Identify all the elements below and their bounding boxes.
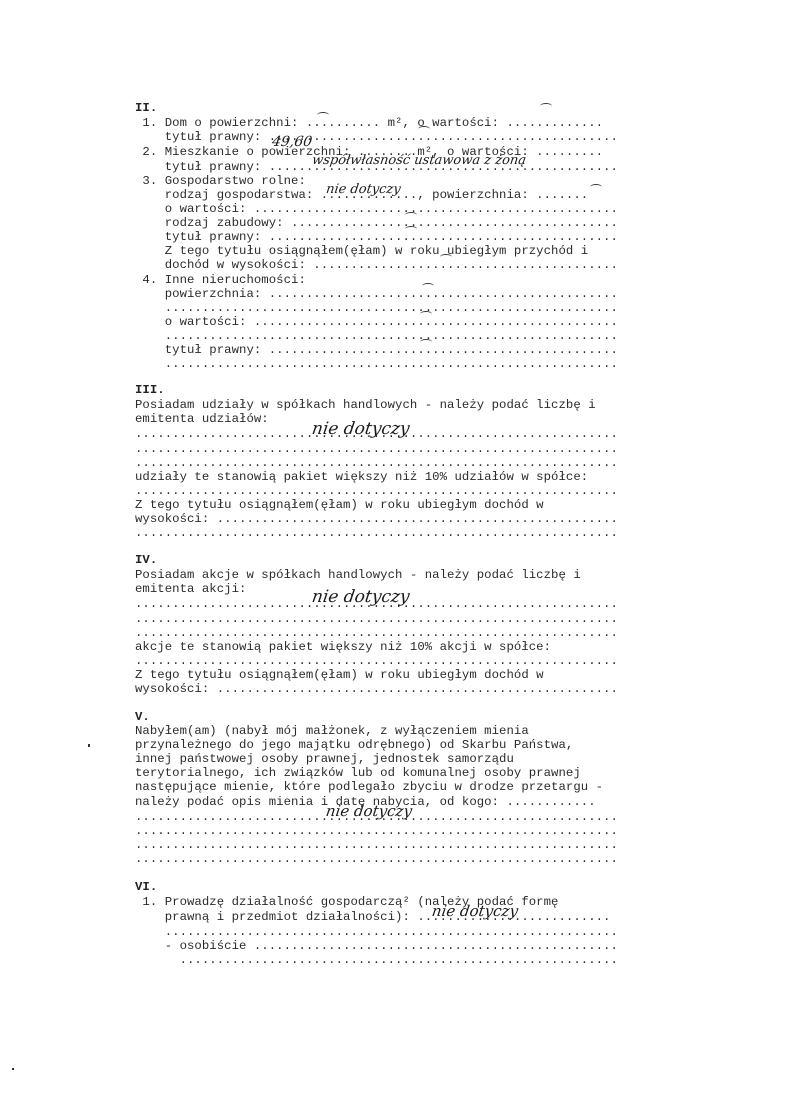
farm-line-5: tytuł prawny: ..........................… <box>135 230 618 244</box>
handwritten-shares: nie dotyczy <box>311 421 411 437</box>
stocks-line-9: wysokości: .............................… <box>135 682 618 696</box>
item-house-area: 1. Dom o powierzchni: .......... m², o w… <box>135 116 603 130</box>
stocks-line-5: ........................................… <box>135 626 618 640</box>
handwritten-dash <box>418 126 430 132</box>
shares-line-4: ........................................… <box>135 442 618 456</box>
stocks-line-6: akcje te stanowią pakiet większy niż 10%… <box>135 640 551 654</box>
shares-line-9: wysokości: .............................… <box>135 512 618 526</box>
acquired-line-1: Nabyłem(am) (nabył mój małżonek, z wyłąc… <box>135 724 529 738</box>
business-line-3: ........................................… <box>135 925 618 939</box>
farm-line-7: dochód w wysokości: ....................… <box>135 258 618 272</box>
handwritten-dash <box>590 184 602 190</box>
acquired-line-2: przynależnego do jego majątku odrębnego)… <box>135 738 573 752</box>
shares-line-2: emitenta udziałów: <box>135 412 269 426</box>
acquired-line-4: terytorialnego, ich związków lub od komu… <box>135 766 581 780</box>
business-line-5: ........................................… <box>135 953 618 967</box>
section-heading-iv: IV. <box>135 553 157 567</box>
scanned-document-page: II. 1. Dom o powierzchni: .......... m²,… <box>0 0 791 1117</box>
scan-speck <box>12 1068 14 1070</box>
stocks-line-4: ........................................… <box>135 612 618 626</box>
other-property-line-2: powierzchnia: ..........................… <box>135 287 618 301</box>
farm-line-4: rodzaj zabudowy: .......................… <box>135 216 618 230</box>
other-property-line-7: ........................................… <box>135 357 618 371</box>
acquired-line-8: ........................................… <box>135 824 618 838</box>
farm-line-6: Z tego tytułu osiągnąłem(ęłam) w roku ub… <box>135 244 588 258</box>
stocks-line-7: ........................................… <box>135 654 618 668</box>
acquired-line-3: innej państwowej osoby prawnej, jednoste… <box>135 752 514 766</box>
section-heading-ii: II. <box>135 101 157 115</box>
other-property-line-3: ........................................… <box>135 301 618 315</box>
business-line-2: prawną i przedmiot działalności): ......… <box>135 910 610 924</box>
handwritten-dash <box>540 103 552 109</box>
shares-line-1: Posiadam udziały w spółkach handlowych -… <box>135 398 596 412</box>
handwritten-flat-title: współwłasność ustawowa z żoną <box>311 153 527 169</box>
handwritten-acquired-property: nie dotyczy <box>325 803 413 819</box>
acquired-line-10: ........................................… <box>135 852 618 866</box>
handwritten-dash <box>405 226 417 232</box>
handwritten-business: nie dotyczy <box>431 903 519 919</box>
shares-line-7: ........................................… <box>135 484 618 498</box>
other-property-line-1: 4. Inne nieruchomości: <box>135 273 306 287</box>
farm-line-1: 3. Gospodarstwo rolne: <box>135 174 306 188</box>
handwritten-dash <box>440 254 452 260</box>
farm-line-3: o wartości: ............................… <box>135 202 618 216</box>
handwritten-dash <box>405 212 417 218</box>
acquired-line-9: ........................................… <box>135 838 618 852</box>
section-heading-iii: III. <box>135 383 165 397</box>
handwritten-flat-area: 49,60 <box>271 134 313 150</box>
handwritten-dash <box>420 339 432 345</box>
section-heading-vi: VI. <box>135 880 157 894</box>
handwritten-dash <box>422 283 434 289</box>
other-property-line-5: ........................................… <box>135 329 618 343</box>
other-property-line-6: tytuł prawny: ..........................… <box>135 343 618 357</box>
handwritten-farm-type: nie dotyczy <box>325 182 402 198</box>
acquired-line-5: następujące mienie, które podlegało zbyc… <box>135 780 603 794</box>
business-line-4: - osobiście ............................… <box>135 939 618 953</box>
section-heading-v: V. <box>135 710 150 724</box>
shares-line-5: ........................................… <box>135 456 618 470</box>
handwritten-dash <box>420 311 432 317</box>
other-property-line-4: o wartości: ............................… <box>135 315 618 329</box>
shares-line-6: udziały te stanowią pakiet większy niż 1… <box>135 470 588 484</box>
shares-line-8: Z tego tytułu osiągnąłem(ęłam) w roku ub… <box>135 498 544 512</box>
handwritten-dash <box>317 112 329 118</box>
stocks-line-8: Z tego tytułu osiągnąłem(ęłam) w roku ub… <box>135 668 544 682</box>
handwritten-stocks: nie dotyczy <box>311 589 411 605</box>
scan-speck <box>88 744 90 747</box>
stocks-line-2: emitenta akcji: <box>135 582 246 596</box>
item-house-title: tytuł prawny: ..........................… <box>135 130 618 144</box>
shares-line-10: ........................................… <box>135 526 618 540</box>
stocks-line-1: Posiadam akcje w spółkach handlowych - n… <box>135 568 581 582</box>
